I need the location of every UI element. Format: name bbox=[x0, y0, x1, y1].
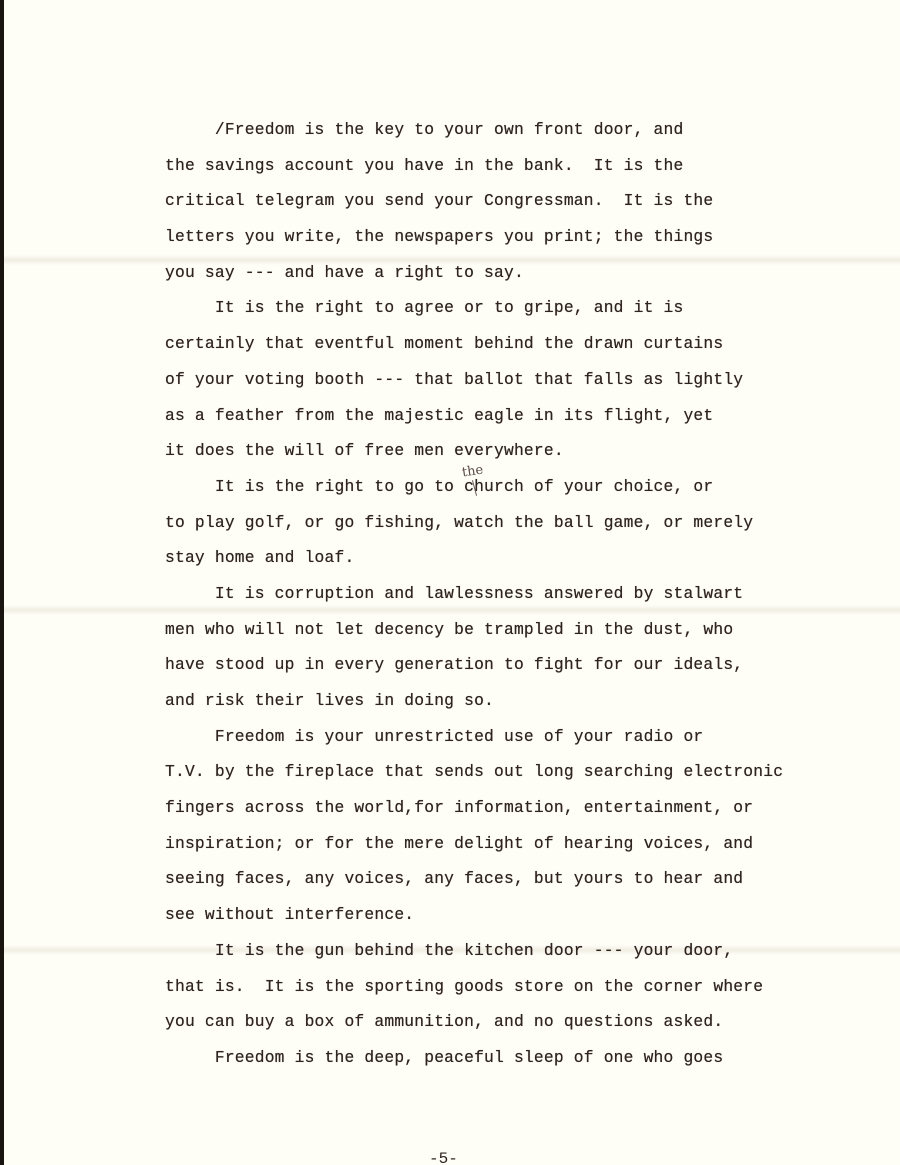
text-line: have stood up in every generation to fig… bbox=[165, 652, 865, 688]
text-line: the savings account you have in the bank… bbox=[165, 153, 865, 189]
text-line: letters you write, the newspapers you pr… bbox=[165, 224, 865, 260]
text-line: you can buy a box of ammunition, and no … bbox=[165, 1009, 865, 1045]
text-line: It is the right to go to church of your … bbox=[165, 474, 865, 510]
page-number: -5- bbox=[429, 1150, 458, 1165]
text-line: seeing faces, any voices, any faces, but… bbox=[165, 866, 865, 902]
text-line: Freedom is your unrestricted use of your… bbox=[165, 724, 865, 760]
text-line: as a feather from the majestic eagle in … bbox=[165, 403, 865, 439]
text-line: /Freedom is the key to your own front do… bbox=[165, 117, 865, 153]
body-text: /Freedom is the key to your own front do… bbox=[165, 117, 865, 1081]
text-line: It is the right to agree or to gripe, an… bbox=[165, 295, 865, 331]
text-line: that is. It is the sporting goods store … bbox=[165, 974, 865, 1010]
text-line: T.V. by the fireplace that sends out lon… bbox=[165, 759, 865, 795]
text-line: It is corruption and lawlessness answere… bbox=[165, 581, 865, 617]
text-line: it does the will of free men everywhere. bbox=[165, 438, 865, 474]
text-line: men who will not let decency be trampled… bbox=[165, 617, 865, 653]
text-line: of your voting booth --- that ballot tha… bbox=[165, 367, 865, 403]
text-line: to play golf, or go fishing, watch the b… bbox=[165, 510, 865, 546]
text-line: stay home and loaf. bbox=[165, 545, 865, 581]
text-line: and risk their lives in doing so. bbox=[165, 688, 865, 724]
handwritten-insertion: the bbox=[461, 463, 484, 481]
text-line: you say --- and have a right to say. bbox=[165, 260, 865, 296]
text-line: see without interference. bbox=[165, 902, 865, 938]
text-line: It is the gun behind the kitchen door --… bbox=[165, 938, 865, 974]
text-line: fingers across the world,for information… bbox=[165, 795, 865, 831]
text-line: inspiration; or for the mere delight of … bbox=[165, 831, 865, 867]
text-line: certainly that eventful moment behind th… bbox=[165, 331, 865, 367]
text-line: critical telegram you send your Congress… bbox=[165, 188, 865, 224]
typewritten-page: /Freedom is the key to your own front do… bbox=[0, 0, 900, 1165]
text-line: Freedom is the deep, peaceful sleep of o… bbox=[165, 1045, 865, 1081]
